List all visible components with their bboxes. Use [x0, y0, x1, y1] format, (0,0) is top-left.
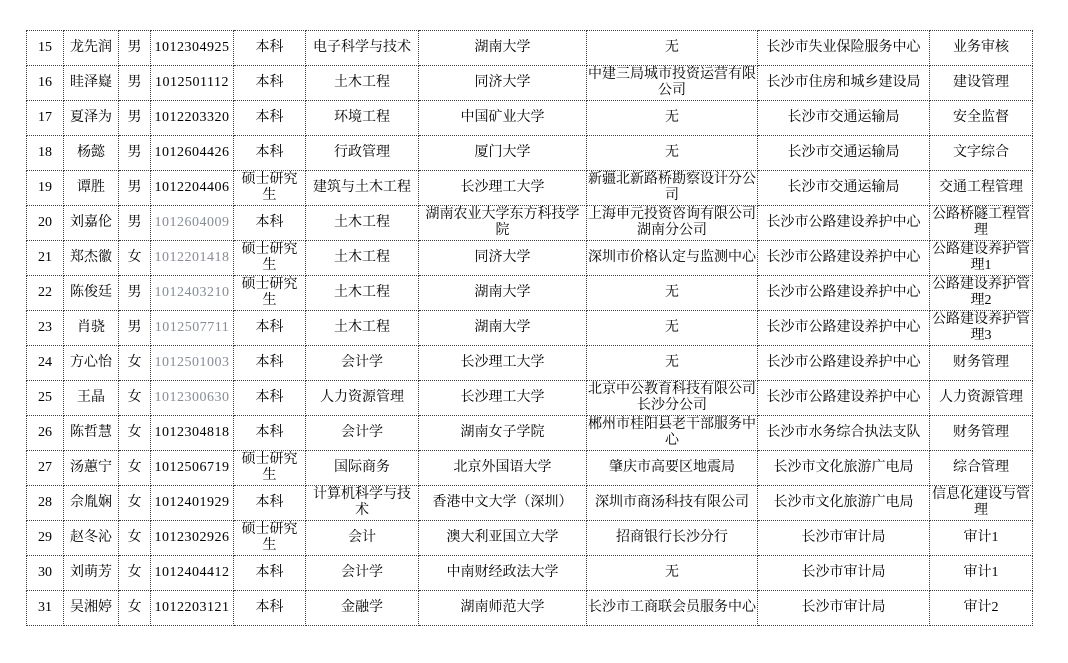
cell-major[interactable]: 建筑与土木工程 — [306, 171, 419, 206]
table-row: 25王晶女1012300630本科人力资源管理长沙理工大学北京中公教育科技有限公… — [27, 381, 1033, 416]
cell-name[interactable]: 杨懿 — [64, 136, 119, 171]
table-row: 28佘胤娴女1012401929本科计算机科学与技术香港中文大学（深圳）深圳市商… — [27, 486, 1033, 521]
cell-university[interactable]: 中南财经政法大学 — [419, 556, 587, 591]
cell-university[interactable]: 长沙理工大学 — [419, 171, 587, 206]
cell-position[interactable]: 建设管理 — [930, 66, 1033, 101]
cell-gender[interactable]: 女 — [119, 556, 151, 591]
cell-gender[interactable]: 男 — [119, 101, 151, 136]
cell-work-unit[interactable]: 无 — [587, 311, 758, 346]
cell-exam-id[interactable]: 1012304818 — [151, 416, 234, 451]
cell-exam-id[interactable]: 1012203320 — [151, 101, 234, 136]
cell-work-unit[interactable]: 深圳市商汤科技有限公司 — [587, 486, 758, 521]
cell-position[interactable]: 财务管理 — [930, 346, 1033, 381]
cell-work-unit[interactable]: 无 — [587, 101, 758, 136]
cell-work-unit[interactable]: 肇庆市高要区地震局 — [587, 451, 758, 486]
candidate-table-sheet: 15龙先润男1012304925本科电子科学与技术湖南大学无长沙市失业保险服务中… — [26, 30, 1033, 626]
cell-university[interactable]: 中国矿业大学 — [419, 101, 587, 136]
cell-university[interactable]: 湖南大学 — [419, 276, 587, 311]
cell-position[interactable]: 文字综合 — [930, 136, 1033, 171]
cell-exam-id[interactable]: 1012401929 — [151, 486, 234, 521]
cell-university[interactable]: 湖南农业大学东方科技学院 — [419, 206, 587, 241]
cell-major[interactable]: 会计学 — [306, 556, 419, 591]
cell-name[interactable]: 谭胜 — [64, 171, 119, 206]
cell-no[interactable]: 25 — [27, 381, 64, 416]
cell-university[interactable]: 长沙理工大学 — [419, 381, 587, 416]
cell-work-unit[interactable]: 新疆北新路桥勘察设计分公司 — [587, 171, 758, 206]
cell-gender[interactable]: 男 — [119, 136, 151, 171]
cell-university[interactable]: 长沙理工大学 — [419, 346, 587, 381]
cell-no[interactable]: 23 — [27, 311, 64, 346]
cell-education[interactable]: 本科 — [234, 66, 306, 101]
cell-target-unit[interactable]: 长沙市公路建设养护中心 — [758, 346, 930, 381]
cell-position[interactable]: 公路桥隧工程管理 — [930, 206, 1033, 241]
cell-no[interactable]: 30 — [27, 556, 64, 591]
cell-position[interactable]: 信息化建设与管理 — [930, 486, 1033, 521]
cell-exam-id[interactable]: 1012203121 — [151, 591, 234, 626]
cell-work-unit[interactable]: 郴州市桂阳县老干部服务中心 — [587, 416, 758, 451]
cell-no[interactable]: 21 — [27, 241, 64, 276]
cell-gender[interactable]: 女 — [119, 451, 151, 486]
cell-university[interactable]: 湖南师范大学 — [419, 591, 587, 626]
cell-education[interactable]: 本科 — [234, 486, 306, 521]
table-row: 17夏泽为男1012203320本科环境工程中国矿业大学无长沙市交通运输局安全监… — [27, 101, 1033, 136]
cell-major[interactable]: 土木工程 — [306, 206, 419, 241]
cell-gender[interactable]: 女 — [119, 416, 151, 451]
table-row: 31吴湘婷女1012203121本科金融学湖南师范大学长沙市工商联会员服务中心长… — [27, 591, 1033, 626]
cell-education[interactable]: 硕士研究生 — [234, 241, 306, 276]
cell-exam-id[interactable]: 1012404412 — [151, 556, 234, 591]
table-body: 15龙先润男1012304925本科电子科学与技术湖南大学无长沙市失业保险服务中… — [27, 31, 1033, 626]
table-row: 18杨懿男1012604426本科行政管理厦门大学无长沙市交通运输局文字综合 — [27, 136, 1033, 171]
cell-no[interactable]: 29 — [27, 521, 64, 556]
cell-no[interactable]: 24 — [27, 346, 64, 381]
cell-name[interactable]: 眭泽嶷 — [64, 66, 119, 101]
table-row: 16眭泽嶷男1012501112本科土木工程同济大学中建三局城市投资运营有限公司… — [27, 66, 1033, 101]
cell-position[interactable]: 公路建设养护管理3 — [930, 311, 1033, 346]
cell-name[interactable]: 陈哲慧 — [64, 416, 119, 451]
cell-position[interactable]: 综合管理 — [930, 451, 1033, 486]
cell-gender[interactable]: 女 — [119, 241, 151, 276]
candidate-table: 15龙先润男1012304925本科电子科学与技术湖南大学无长沙市失业保险服务中… — [26, 30, 1033, 626]
cell-name[interactable]: 王晶 — [64, 381, 119, 416]
cell-name[interactable]: 陈俊廷 — [64, 276, 119, 311]
cell-no[interactable]: 19 — [27, 171, 64, 206]
cell-work-unit[interactable]: 无 — [587, 31, 758, 66]
cell-gender[interactable]: 男 — [119, 276, 151, 311]
cell-no[interactable]: 20 — [27, 206, 64, 241]
cell-gender[interactable]: 女 — [119, 521, 151, 556]
cell-position[interactable]: 人力资源管理 — [930, 381, 1033, 416]
cell-target-unit[interactable]: 长沙市交通运输局 — [758, 136, 930, 171]
cell-position[interactable]: 业务审核 — [930, 31, 1033, 66]
cell-major[interactable]: 会计学 — [306, 346, 419, 381]
cell-university[interactable]: 湖南大学 — [419, 311, 587, 346]
cell-name[interactable]: 汤蕙宁 — [64, 451, 119, 486]
cell-major[interactable]: 行政管理 — [306, 136, 419, 171]
cell-university[interactable]: 同济大学 — [419, 241, 587, 276]
cell-gender[interactable]: 男 — [119, 206, 151, 241]
cell-gender[interactable]: 女 — [119, 346, 151, 381]
cell-major[interactable]: 国际商务 — [306, 451, 419, 486]
cell-name[interactable]: 吴湘婷 — [64, 591, 119, 626]
cell-major[interactable]: 金融学 — [306, 591, 419, 626]
cell-name[interactable]: 刘嘉伦 — [64, 206, 119, 241]
cell-education[interactable]: 本科 — [234, 101, 306, 136]
cell-name[interactable]: 赵冬沁 — [64, 521, 119, 556]
cell-name[interactable]: 郑杰徽 — [64, 241, 119, 276]
cell-target-unit[interactable]: 长沙市公路建设养护中心 — [758, 241, 930, 276]
cell-position[interactable]: 审计2 — [930, 591, 1033, 626]
cell-target-unit[interactable]: 长沙市公路建设养护中心 — [758, 381, 930, 416]
cell-no[interactable]: 31 — [27, 591, 64, 626]
cell-gender[interactable]: 男 — [119, 171, 151, 206]
cell-education[interactable]: 硕士研究生 — [234, 276, 306, 311]
cell-gender[interactable]: 女 — [119, 591, 151, 626]
cell-work-unit[interactable]: 无 — [587, 136, 758, 171]
cell-work-unit[interactable]: 北京中公教育科技有限公司长沙分公司 — [587, 381, 758, 416]
cell-target-unit[interactable]: 长沙市审计局 — [758, 521, 930, 556]
table-row: 29赵冬沁女1012302926硕士研究生会计澳大利亚国立大学招商银行长沙分行长… — [27, 521, 1033, 556]
cell-work-unit[interactable]: 深圳市价格认定与监测中心 — [587, 241, 758, 276]
cell-position[interactable]: 安全监督 — [930, 101, 1033, 136]
cell-education[interactable]: 本科 — [234, 31, 306, 66]
cell-name[interactable]: 方心怡 — [64, 346, 119, 381]
cell-target-unit[interactable]: 长沙市公路建设养护中心 — [758, 276, 930, 311]
cell-exam-id[interactable]: 1012501112 — [151, 66, 234, 101]
cell-exam-id[interactable]: 1012201418 — [151, 241, 234, 276]
table-row: 19谭胜男1012204406硕士研究生建筑与土木工程长沙理工大学新疆北新路桥勘… — [27, 171, 1033, 206]
cell-university[interactable]: 同济大学 — [419, 66, 587, 101]
cell-education[interactable]: 本科 — [234, 136, 306, 171]
table-row: 27汤蕙宁女1012506719硕士研究生国际商务北京外国语大学肇庆市高要区地震… — [27, 451, 1033, 486]
cell-work-unit[interactable]: 招商银行长沙分行 — [587, 521, 758, 556]
table-row: 24方心怡女1012501003本科会计学长沙理工大学无长沙市公路建设养护中心财… — [27, 346, 1033, 381]
cell-university[interactable]: 湖南大学 — [419, 31, 587, 66]
cell-no[interactable]: 16 — [27, 66, 64, 101]
cell-exam-id[interactable]: 1012506719 — [151, 451, 234, 486]
cell-exam-id[interactable]: 1012302926 — [151, 521, 234, 556]
table-row: 21郑杰徽女1012201418硕士研究生土木工程同济大学深圳市价格认定与监测中… — [27, 241, 1033, 276]
cell-target-unit[interactable]: 长沙市公路建设养护中心 — [758, 311, 930, 346]
cell-education[interactable]: 本科 — [234, 556, 306, 591]
cell-work-unit[interactable]: 上海申元投资咨询有限公司湖南分公司 — [587, 206, 758, 241]
table-row: 20刘嘉伦男1012604009本科土木工程湖南农业大学东方科技学院上海申元投资… — [27, 206, 1033, 241]
cell-education[interactable]: 硕士研究生 — [234, 521, 306, 556]
cell-position[interactable]: 审计1 — [930, 556, 1033, 591]
cell-major[interactable]: 人力资源管理 — [306, 381, 419, 416]
cell-no[interactable]: 15 — [27, 31, 64, 66]
cell-work-unit[interactable]: 无 — [587, 346, 758, 381]
cell-target-unit[interactable]: 长沙市交通运输局 — [758, 101, 930, 136]
cell-major[interactable]: 土木工程 — [306, 311, 419, 346]
cell-target-unit[interactable]: 长沙市水务综合执法支队 — [758, 416, 930, 451]
cell-work-unit[interactable]: 无 — [587, 556, 758, 591]
cell-major[interactable]: 土木工程 — [306, 66, 419, 101]
cell-target-unit[interactable]: 长沙市审计局 — [758, 591, 930, 626]
cell-exam-id[interactable]: 1012204406 — [151, 171, 234, 206]
cell-education[interactable]: 本科 — [234, 346, 306, 381]
cell-no[interactable]: 18 — [27, 136, 64, 171]
cell-target-unit[interactable]: 长沙市审计局 — [758, 556, 930, 591]
cell-exam-id[interactable]: 1012507711 — [151, 311, 234, 346]
cell-no[interactable]: 26 — [27, 416, 64, 451]
cell-major[interactable]: 计算机科学与技术 — [306, 486, 419, 521]
cell-education[interactable]: 硕士研究生 — [234, 171, 306, 206]
cell-gender[interactable]: 男 — [119, 311, 151, 346]
cell-position[interactable]: 交通工程管理 — [930, 171, 1033, 206]
cell-exam-id[interactable]: 1012501003 — [151, 346, 234, 381]
table-row: 23肖骁男1012507711本科土木工程湖南大学无长沙市公路建设养护中心公路建… — [27, 311, 1033, 346]
cell-education[interactable]: 本科 — [234, 381, 306, 416]
cell-education[interactable]: 本科 — [234, 591, 306, 626]
cell-no[interactable]: 28 — [27, 486, 64, 521]
cell-no[interactable]: 22 — [27, 276, 64, 311]
cell-major[interactable]: 会计 — [306, 521, 419, 556]
cell-exam-id[interactable]: 1012300630 — [151, 381, 234, 416]
cell-target-unit[interactable]: 长沙市公路建设养护中心 — [758, 206, 930, 241]
cell-target-unit[interactable]: 长沙市交通运输局 — [758, 171, 930, 206]
cell-gender[interactable]: 女 — [119, 486, 151, 521]
table-row: 26陈哲慧女1012304818本科会计学湖南女子学院郴州市桂阳县老干部服务中心… — [27, 416, 1033, 451]
cell-education[interactable]: 本科 — [234, 311, 306, 346]
cell-gender[interactable]: 女 — [119, 381, 151, 416]
cell-university[interactable]: 北京外国语大学 — [419, 451, 587, 486]
cell-university[interactable]: 香港中文大学（深圳） — [419, 486, 587, 521]
cell-exam-id[interactable]: 1012604426 — [151, 136, 234, 171]
cell-work-unit[interactable]: 无 — [587, 276, 758, 311]
cell-name[interactable]: 夏泽为 — [64, 101, 119, 136]
cell-target-unit[interactable]: 长沙市文化旅游广电局 — [758, 486, 930, 521]
cell-gender[interactable]: 男 — [119, 66, 151, 101]
cell-position[interactable]: 财务管理 — [930, 416, 1033, 451]
cell-name[interactable]: 肖骁 — [64, 311, 119, 346]
cell-university[interactable]: 澳大利亚国立大学 — [419, 521, 587, 556]
table-row: 30刘萌芳女1012404412本科会计学中南财经政法大学无长沙市审计局审计1 — [27, 556, 1033, 591]
cell-university[interactable]: 湖南女子学院 — [419, 416, 587, 451]
cell-major[interactable]: 土木工程 — [306, 276, 419, 311]
cell-gender[interactable]: 男 — [119, 31, 151, 66]
cell-no[interactable]: 27 — [27, 451, 64, 486]
table-row: 15龙先润男1012304925本科电子科学与技术湖南大学无长沙市失业保险服务中… — [27, 31, 1033, 66]
cell-work-unit[interactable]: 中建三局城市投资运营有限公司 — [587, 66, 758, 101]
cell-position[interactable]: 审计1 — [930, 521, 1033, 556]
cell-education[interactable]: 硕士研究生 — [234, 451, 306, 486]
cell-target-unit[interactable]: 长沙市失业保险服务中心 — [758, 31, 930, 66]
cell-university[interactable]: 厦门大学 — [419, 136, 587, 171]
cell-target-unit[interactable]: 长沙市文化旅游广电局 — [758, 451, 930, 486]
cell-position[interactable]: 公路建设养护管理2 — [930, 276, 1033, 311]
cell-education[interactable]: 本科 — [234, 416, 306, 451]
cell-major[interactable]: 土木工程 — [306, 241, 419, 276]
cell-exam-id[interactable]: 1012304925 — [151, 31, 234, 66]
cell-exam-id[interactable]: 1012403210 — [151, 276, 234, 311]
cell-education[interactable]: 本科 — [234, 206, 306, 241]
cell-name[interactable]: 龙先润 — [64, 31, 119, 66]
cell-name[interactable]: 刘萌芳 — [64, 556, 119, 591]
cell-major[interactable]: 环境工程 — [306, 101, 419, 136]
cell-major[interactable]: 会计学 — [306, 416, 419, 451]
cell-target-unit[interactable]: 长沙市住房和城乡建设局 — [758, 66, 930, 101]
cell-exam-id[interactable]: 1012604009 — [151, 206, 234, 241]
cell-position[interactable]: 公路建设养护管理1 — [930, 241, 1033, 276]
cell-major[interactable]: 电子科学与技术 — [306, 31, 419, 66]
cell-no[interactable]: 17 — [27, 101, 64, 136]
cell-name[interactable]: 佘胤娴 — [64, 486, 119, 521]
cell-work-unit[interactable]: 长沙市工商联会员服务中心 — [587, 591, 758, 626]
table-row: 22陈俊廷男1012403210硕士研究生土木工程湖南大学无长沙市公路建设养护中… — [27, 276, 1033, 311]
